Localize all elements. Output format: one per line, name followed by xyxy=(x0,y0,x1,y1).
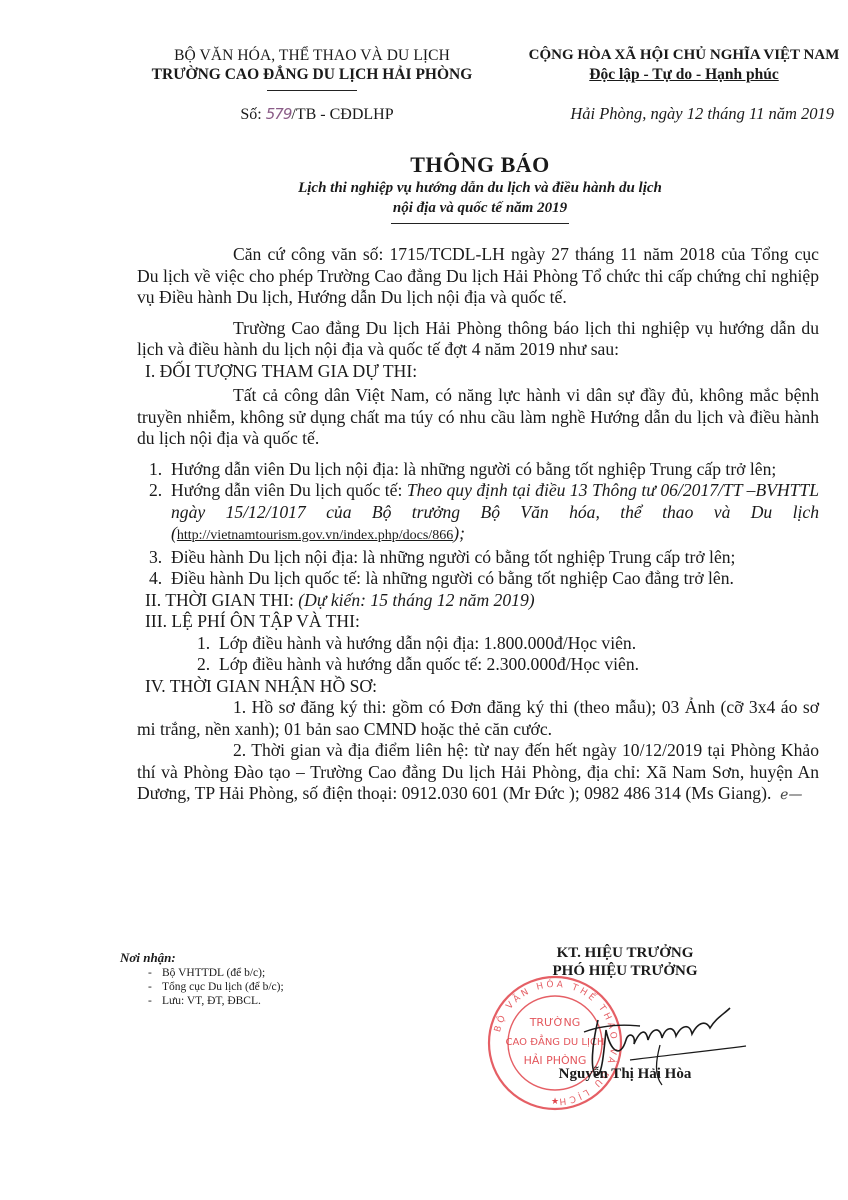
section-2-title: II. THỜI GIAN THI: xyxy=(145,590,298,610)
regulation-link[interactable]: http://vietnamtourism.gov.vn/index.php/d… xyxy=(177,528,453,543)
recipient-text: Tổng cục Du lịch (để b/c); xyxy=(162,980,284,994)
place-date: Hải Phòng, ngày 12 tháng 11 năm 2019 xyxy=(516,104,848,124)
svg-text:★: ★ xyxy=(551,1096,559,1106)
item-text-plain: Hướng dẫn viên Du lịch quốc tế: xyxy=(171,480,407,500)
section-2-heading: II. THỜI GIAN THI: (Dự kiến: 15 tháng 12… xyxy=(137,590,819,612)
signature-block: KT. HIỆU TRƯỞNG PHÓ HIỆU TRƯỞNG Nguyễn T… xyxy=(510,944,740,1083)
fee-item: 1. Lớp điều hành và hướng dẫn nội địa: 1… xyxy=(137,633,819,655)
document-title: THÔNG BÁO xyxy=(200,152,760,178)
recipients-heading: Nơi nhận: xyxy=(120,950,284,966)
document-page: BỘ VĂN HÓA, THỂ THAO VÀ DU LỊCH TRƯỜNG C… xyxy=(0,0,848,1200)
paragraph-legal-basis: Căn cứ công văn số: 1715/TCDL-LH ngày 27… xyxy=(137,244,819,309)
signer-title-2: PHÓ HIỆU TRƯỞNG xyxy=(510,962,740,980)
title-divider xyxy=(391,223,569,224)
number-suffix: /TB - CĐDLHP xyxy=(291,106,393,123)
header-divider xyxy=(267,90,357,91)
item-number: 3. xyxy=(149,547,171,569)
eligibility-item: 1. Hướng dẫn viên Du lịch nội địa: là nh… xyxy=(137,459,819,481)
recipient-item: -Tổng cục Du lịch (để b/c); xyxy=(120,980,284,994)
national-motto: Độc lập - Tự do - Hạnh phúc xyxy=(516,65,848,84)
section-4-heading: IV. THỜI GIAN NHẬN HỒ SƠ: xyxy=(137,676,819,698)
fee-number: 2. xyxy=(197,654,210,674)
republic-name: CỘNG HÒA XÃ HỘI CHỦ NGHĨA VIỆT NAM xyxy=(516,46,848,65)
item-number: 2. xyxy=(149,480,171,547)
item-number: 1. xyxy=(149,459,171,481)
section-1-heading: I. ĐỐI TƯỢNG THAM GIA DỰ THI: xyxy=(137,361,819,383)
header-left: BỘ VĂN HÓA, THỂ THAO VÀ DU LỊCH TRƯỜNG C… xyxy=(112,46,512,124)
section-1-intro: Tất cả công dân Việt Nam, có năng lực hà… xyxy=(137,385,819,450)
contact-text: 2. Thời gian và địa điểm liên hệ: từ nay… xyxy=(137,740,819,803)
application-documents: 1. Hồ sơ đăng ký thi: gồm có Đơn đăng ký… xyxy=(137,697,819,740)
item-text-italic-end: ); xyxy=(453,523,465,543)
recipient-text: Bộ VHTTDL (để b/c); xyxy=(162,966,265,980)
fee-item: 2. Lớp điều hành và hướng dẫn quốc tế: 2… xyxy=(137,654,819,676)
recipient-item: -Bộ VHTTDL (để b/c); xyxy=(120,966,284,980)
signer-name: Nguyễn Thị Hải Hòa xyxy=(510,1066,740,1083)
school-name: TRƯỜNG CAO ĐẲNG DU LỊCH HẢI PHÒNG xyxy=(112,65,512,84)
item-text: Hướng dẫn viên Du lịch nội địa: là những… xyxy=(171,459,819,481)
eligibility-item: 3. Điều hành Du lịch nội địa: là những n… xyxy=(137,547,819,569)
fee-text: Lớp điều hành và hướng dẫn quốc tế: 2.30… xyxy=(219,654,639,674)
exam-date: (Dự kiến: 15 tháng 12 năm 2019) xyxy=(298,590,534,610)
eligibility-item: 2. Hướng dẫn viên Du lịch quốc tế: Theo … xyxy=(137,480,819,547)
recipient-text: Lưu: VT, ĐT, ĐBCL. xyxy=(162,994,261,1008)
handwritten-number: 579 xyxy=(266,105,292,123)
item-number: 4. xyxy=(149,568,171,590)
document-body: Căn cứ công văn số: 1715/TCDL-LH ngày 27… xyxy=(137,244,819,807)
recipient-item: -Lưu: VT, ĐT, ĐBCL. xyxy=(120,994,284,1008)
document-subtitle-line1: Lịch thi nghiệp vụ hướng dẫn du lịch và … xyxy=(200,178,760,198)
document-subtitle-line2: nội địa và quốc tế năm 2019 xyxy=(200,198,760,218)
document-number: Số: 579/TB - CĐDLHP xyxy=(112,105,512,124)
item-text: Điều hành Du lịch nội địa: là những ngườ… xyxy=(171,547,819,569)
signer-title-1: KT. HIỆU TRƯỞNG xyxy=(510,944,740,962)
fee-number: 1. xyxy=(197,633,210,653)
item-text: Hướng dẫn viên Du lịch quốc tế: Theo quy… xyxy=(171,480,819,547)
recipients-block: Nơi nhận: -Bộ VHTTDL (để b/c); -Tổng cục… xyxy=(120,950,284,1008)
paragraph-announcement: Trường Cao đẳng Du lịch Hải Phòng thông … xyxy=(137,318,819,361)
header-right: CỘNG HÒA XÃ HỘI CHỦ NGHĨA VIỆT NAM Độc l… xyxy=(516,46,848,124)
item-text: Điều hành Du lịch quốc tế: là những ngườ… xyxy=(171,568,819,590)
handwritten-initials: ℯ⁠— xyxy=(780,787,802,803)
number-prefix: Số: xyxy=(240,106,265,123)
contact-info: 2. Thời gian và địa điểm liên hệ: từ nay… xyxy=(137,740,819,807)
ministry-name: BỘ VĂN HÓA, THỂ THAO VÀ DU LỊCH xyxy=(112,46,512,65)
fee-text: Lớp điều hành và hướng dẫn nội địa: 1.80… xyxy=(219,633,636,653)
section-3-heading: III. LỆ PHÍ ÔN TẬP VÀ THI: xyxy=(137,611,819,633)
title-block: THÔNG BÁO Lịch thi nghiệp vụ hướng dẫn d… xyxy=(200,152,760,224)
eligibility-item: 4. Điều hành Du lịch quốc tế: là những n… xyxy=(137,568,819,590)
